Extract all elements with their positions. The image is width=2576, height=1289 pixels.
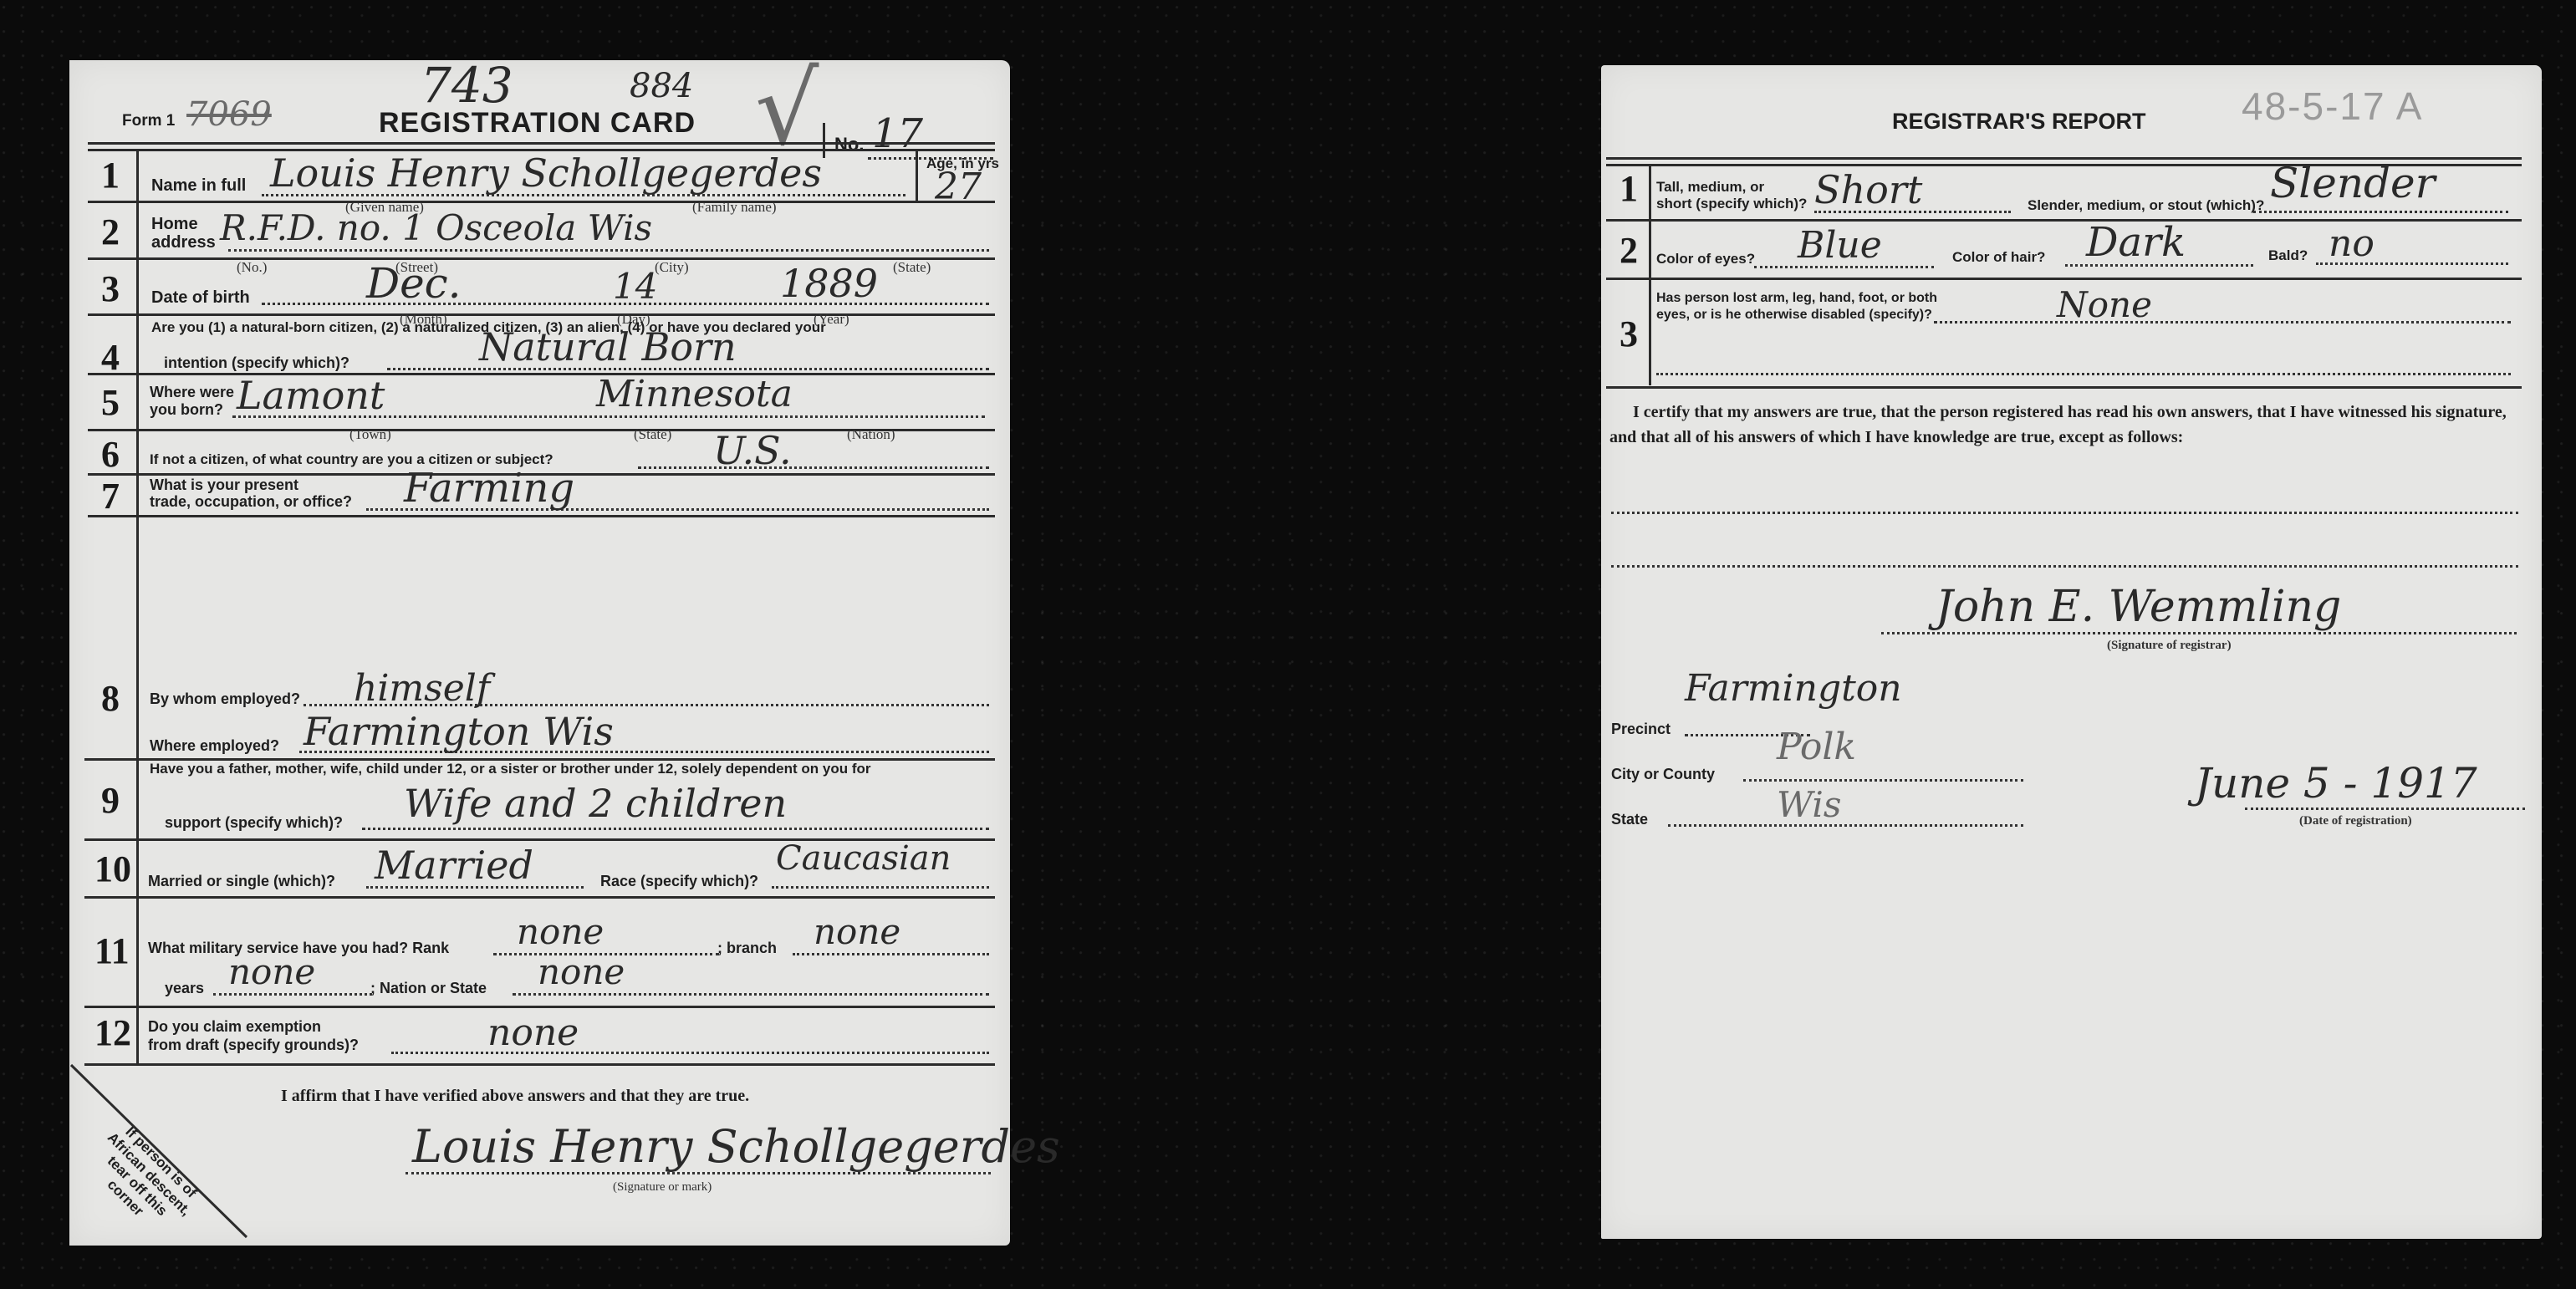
height-label-1: Tall, medium, or [1656,179,1764,196]
disability-label-2: eyes, or is he otherwise disabled (speci… [1656,308,1932,323]
bald-label: Bald? [2268,247,2308,264]
nation-value: none [538,951,625,992]
item-number: 12 [94,1011,131,1054]
row-rule [88,257,995,260]
row-rule [88,313,995,316]
where-employed-value: Farmington Wis [304,709,614,754]
struck-form-number: 7069 [186,95,272,134]
marital-label: Married or single (which)? [148,871,335,891]
row-rule [88,201,995,203]
item-number: 2 [101,211,120,253]
disability-dotted-line [1934,321,2511,324]
race-value: Caucasian [776,839,951,878]
dependents-value: Wife and 2 children [404,781,787,826]
hair-color-value: Dark [2086,219,2186,266]
state-label: State [1611,811,1648,828]
item-number: 5 [101,381,120,424]
serial-annotation-1: 743 [421,57,513,114]
height-label-2: short (specify which)? [1656,196,1807,212]
item-number: 2 [1620,229,1638,272]
age-divider [916,150,918,201]
hair-color-label: Color of hair? [1952,249,2045,266]
caption-town: (Town) [349,426,391,443]
item-number: 10 [94,848,131,890]
build-dotted-line [2253,211,2508,213]
row-rule [88,515,995,517]
exemption-value: none [487,1011,579,1054]
registrar-signature-dotted-line [1881,632,2517,634]
row-rule [1606,219,2522,222]
number-column-line [1649,164,1651,385]
state-dotted-line [1668,824,2023,827]
row-rule [1606,278,2522,280]
precinct-value: Farmington [1685,667,1902,710]
rank-value: none [517,911,604,952]
dob-month: Dec. [366,259,462,308]
item-number: 1 [1620,167,1638,210]
intention-label: intention (specify which)? [164,353,349,373]
affirmation-text: I affirm that I have verified above answ… [281,1087,749,1106]
support-label: support (specify which)? [165,813,343,833]
caption-state: (State) [893,259,931,276]
dob-year: 1889 [780,261,878,306]
years-dotted-line [213,993,372,996]
employer-label: By whom employed? [150,689,300,709]
exemption-dotted-line [391,1052,989,1054]
dob-label: Date of birth [151,288,250,308]
exemption-label-1: Do you claim exemption [148,1016,321,1037]
item-number: 8 [101,677,120,720]
divider [823,123,825,158]
exceptions-dotted-line-1 [1611,512,2518,514]
branch-label: ; branch [717,938,777,958]
nation-dotted-line [513,993,989,996]
occupation-label-1: What is your present [150,476,298,494]
height-value: Short [1814,167,1922,212]
registrar-caption: (Signature of registrar) [2107,639,2232,653]
caption-state: (State) [634,426,671,443]
marital-value: Married [375,843,533,888]
registrar-signature: John E. Wemmling [1936,582,2341,632]
item-number: 11 [94,930,130,972]
birthplace-label-2: you born? [150,400,223,420]
file-stamp: 48-5-17 A [2242,84,2423,129]
years-value: none [228,951,315,992]
item-number: 6 [101,433,120,476]
county-dotted-line [1743,779,2023,782]
address-value: R.F.D. no. 1 Osceola Wis [220,207,652,248]
item-number: 7 [101,475,120,517]
disability-dotted-line-2 [1656,373,2511,375]
dob-day: 14 [613,266,657,307]
signature-dotted-line [406,1172,991,1174]
race-dotted-line [772,886,989,889]
employer-value: himself [354,667,490,710]
eye-color-label: Color of eyes? [1656,251,1755,267]
bald-value: no [2329,222,2375,265]
age-value: 27 [935,166,982,208]
report-title: REGISTRAR'S REPORT [1892,109,2145,135]
disability-value: None [2057,284,2152,325]
exemption-label-2: from draft (specify grounds)? [148,1035,359,1055]
build-label: Slender, medium, or stout (which)? [2028,197,2264,214]
row-rule [88,373,995,375]
item-number: 3 [1620,313,1638,355]
race-label: Race (specify which)? [600,871,758,891]
occupation-value: Farming [404,465,574,512]
occupation-label-2: trade, occupation, or office? [150,493,352,511]
number-column-line [136,150,139,1063]
support-dotted-line [362,828,989,830]
address-dotted-line [228,249,989,252]
name-label: Name in full [151,176,246,196]
registration-date: June 5 - 1917 [2195,759,2477,808]
exceptions-dotted-line-2 [1611,565,2518,568]
caption-city: (City) [655,259,689,276]
nation-label: ; Nation or State [370,978,487,998]
item-number: 1 [101,154,120,196]
card-title: REGISTRATION CARD [379,107,696,140]
caption-family-name: (Family name) [692,199,777,216]
branch-value: none [814,911,900,952]
registrant-signature: Louis Henry Schollgegerdes [412,1120,1060,1173]
name-value: Louis Henry Schollgegerdes [270,150,822,196]
where-employed-label: Where employed? [150,736,279,756]
address-label: address [151,232,216,252]
row-rule [1606,386,2522,389]
foreign-citizen-value: U.S. [713,428,792,473]
state-value: Wis [1777,784,1841,825]
item-number: 9 [101,779,120,822]
county-label: City or County [1611,766,1715,783]
serial-annotation-2: 884 [630,67,693,105]
signature-caption: (Signature or mark) [613,1180,712,1195]
registration-card: Form 1 7069 743 884 REGISTRATION CARD √ … [69,60,1010,1246]
caption-no: (No.) [237,259,267,276]
date-caption: (Date of registration) [2299,814,2412,828]
item-number: 4 [101,336,120,379]
years-label: years [165,978,204,998]
home-label: Home [151,214,198,234]
date-dotted-line [2245,808,2525,810]
row-rule [84,1006,995,1008]
branch-dotted-line [793,953,989,955]
birth-state: Minnesota [596,373,793,415]
caption-nation: (Nation) [847,426,895,443]
dependents-question: Have you a father, mother, wife, child u… [150,761,870,777]
row-rule [84,896,995,899]
form-label: Form 1 [122,112,175,130]
item-number: 3 [101,267,120,310]
registrars-report-card: REGISTRAR'S REPORT 48-5-17 A 1 Tall, med… [1601,65,2542,1239]
citizenship-value: Natural Born [479,324,737,369]
foreign-citizen-dotted-line [638,466,989,469]
certification-text: I certify that my answers are true, that… [1609,400,2517,450]
precinct-label: Precinct [1611,721,1671,738]
disability-label-1: Has person lost arm, leg, hand, foot, or… [1656,291,1937,306]
county-value: Polk [1777,726,1856,768]
birth-town: Lamont [237,373,385,418]
build-value: Slender [2270,159,2436,207]
eye-color-value: Blue [1798,224,1882,267]
